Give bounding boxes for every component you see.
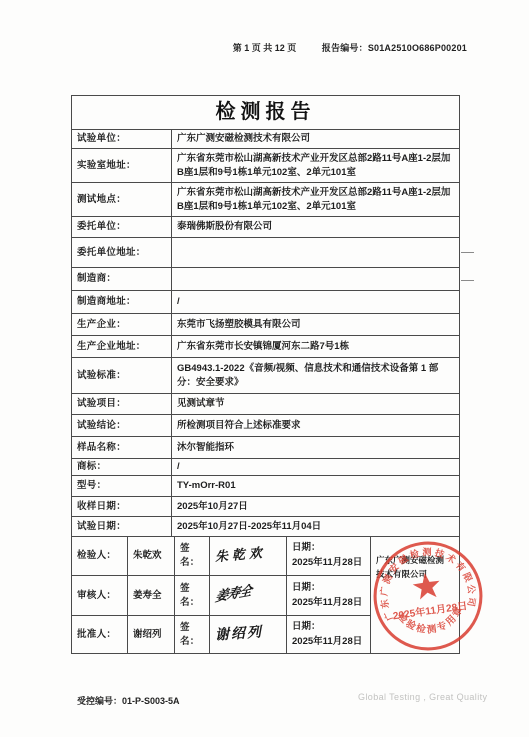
field-label: 测试地点： — [72, 183, 172, 217]
signature-table: 检验人： 朱乾欢 签 名： 朱乾欢 日期：2025年11月28日 广东广测安磁检… — [71, 536, 460, 654]
field-label: 制造商地址： — [72, 291, 172, 314]
field-value: 东莞市飞扬塑胶模具有限公司 — [172, 314, 460, 336]
table-row: 生产企业地址：广东省东莞市长安镇锦厦河东二路7号1栋 — [72, 336, 460, 358]
field-value: 2025年10月27日-2025年11月04日 — [172, 517, 460, 537]
field-value: 所检测项目符合上述标准要求 — [172, 415, 460, 437]
field-value: 广东省东莞市松山湖高新技术产业开发区总部2路11号A座1-2层加B座1层和9号1… — [172, 149, 460, 183]
role-label: 审核人： — [72, 576, 128, 616]
redaction-mark — [461, 252, 474, 253]
table-row: 制造商地址：/ — [72, 291, 460, 314]
field-value — [172, 268, 460, 291]
field-label: 试验项目： — [72, 394, 172, 415]
field-value: / — [172, 291, 460, 314]
field-value: / — [172, 459, 460, 476]
table-row: 制造商： — [72, 268, 460, 291]
report-number-value: S01A2510O686P00201 — [368, 43, 467, 53]
person-name: 姜寿全 — [128, 576, 175, 616]
table-row: 样品名称：沐尔智能指环 — [72, 437, 460, 459]
field-value: TY-mOrr-R01 — [172, 476, 460, 497]
field-value — [172, 238, 460, 268]
role-label: 检验人： — [72, 537, 128, 576]
field-label: 商标： — [72, 459, 172, 476]
field-label: 试验结论： — [72, 415, 172, 437]
role-label: 批准人： — [72, 616, 128, 654]
table-row: 试验单位：广东广测安磁检测技术有限公司 — [72, 130, 460, 149]
field-value: GB4943.1-2022《音频/视频、信息技术和通信技术设备第 1 部分：安全… — [172, 358, 460, 394]
field-label: 试验日期： — [72, 517, 172, 537]
table-row: 试验日期：2025年10月27日-2025年11月04日 — [72, 517, 460, 537]
table-row: 实验室地址：广东省东莞市松山湖高新技术产业开发区总部2路11号A座1-2层加B座… — [72, 149, 460, 183]
redaction-mark — [461, 280, 474, 281]
field-value: 广东省东莞市长安镇锦厦河东二路7号1栋 — [172, 336, 460, 358]
report-page: 第 1 页 共 12 页 报告编号：S01A2510O686P00201 检测报… — [0, 0, 529, 737]
field-value: 2025年10月27日 — [172, 497, 460, 517]
handwritten-signature: 谢绍列 — [210, 616, 287, 654]
stamp-cell: 广东广测安磁检测 技术有限公司 — [371, 537, 460, 654]
table-row: 商标：/ — [72, 459, 460, 476]
page-title: 检测报告 — [72, 96, 460, 130]
sign-label: 签名： — [175, 576, 210, 616]
person-name: 朱乾欢 — [128, 537, 175, 576]
sign-date: 日期：2025年11月28日 — [287, 537, 371, 576]
signature-row: 检验人： 朱乾欢 签 名： 朱乾欢 日期：2025年11月28日 广东广测安磁检… — [72, 537, 460, 576]
table-row: 委托单位：泰瑞佛斯股份有限公司 — [72, 217, 460, 238]
field-value: 沐尔智能指环 — [172, 437, 460, 459]
table-row: 委托单位地址： — [72, 238, 460, 268]
field-label: 委托单位地址： — [72, 238, 172, 268]
table-row: 试验结论：所检测项目符合上述标准要求 — [72, 415, 460, 437]
stamp-company-line1: 广东广测安磁检测 — [376, 555, 444, 565]
field-label: 型号： — [72, 476, 172, 497]
field-label: 样品名称： — [72, 437, 172, 459]
field-label: 生产企业地址： — [72, 336, 172, 358]
table-row: 测试地点：广东省东莞市松山湖高新技术产业开发区总部2路11号A座1-2层加B座1… — [72, 183, 460, 217]
report-number: 报告编号：S01A2510O686P00201 — [322, 41, 467, 54]
field-label: 生产企业： — [72, 314, 172, 336]
field-value: 广东省东莞市松山湖高新技术产业开发区总部2路11号A座1-2层加B座1层和9号1… — [172, 183, 460, 217]
sign-date: 日期：2025年11月28日 — [287, 576, 371, 616]
table-row: 生产企业：东莞市飞扬塑胶模具有限公司 — [72, 314, 460, 336]
field-label: 实验室地址： — [72, 149, 172, 183]
sign-label: 签名： — [175, 616, 210, 654]
control-number: 受控编号：01-P-S003-5A — [77, 694, 180, 707]
table-row: 收样日期：2025年10月27日 — [72, 497, 460, 517]
sign-date: 日期：2025年11月28日 — [287, 616, 371, 654]
report-number-label: 报告编号： — [322, 43, 368, 53]
control-number-value: 01-P-S003-5A — [122, 696, 180, 706]
table-row: 型号：TY-mOrr-R01 — [72, 476, 460, 497]
handwritten-signature: 姜寿全 — [210, 576, 287, 616]
report-body: 检测报告 试验单位：广东广测安磁检测技术有限公司 实验室地址：广东省东莞市松山湖… — [71, 95, 459, 654]
stamp-company-line2: 技术有限公司 — [376, 569, 427, 579]
table-row: 试验项目：见测试章节 — [72, 394, 460, 415]
report-info-table: 检测报告 试验单位：广东广测安磁检测技术有限公司 实验室地址：广东省东莞市松山湖… — [71, 95, 460, 537]
sign-label: 签 名： — [175, 537, 210, 576]
table-row: 试验标准：GB4943.1-2022《音频/视频、信息技术和通信技术设备第 1 … — [72, 358, 460, 394]
field-label: 收样日期： — [72, 497, 172, 517]
handwritten-signature: 朱乾欢 — [210, 537, 287, 576]
field-value: 泰瑞佛斯股份有限公司 — [172, 217, 460, 238]
footer-slogan: Global Testing , Great Quality — [358, 692, 487, 702]
field-label: 试验标准： — [72, 358, 172, 394]
field-value: 见测试章节 — [172, 394, 460, 415]
field-label: 委托单位： — [72, 217, 172, 238]
field-value: 广东广测安磁检测技术有限公司 — [172, 130, 460, 149]
person-name: 谢绍列 — [128, 616, 175, 654]
field-label: 制造商： — [72, 268, 172, 291]
control-number-label: 受控编号： — [77, 696, 122, 706]
field-label: 试验单位： — [72, 130, 172, 149]
